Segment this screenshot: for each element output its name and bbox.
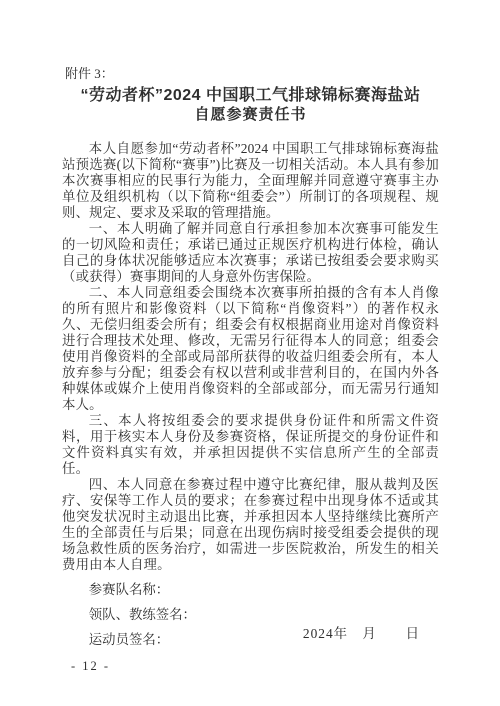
leader-coach-signature-label: 领队、教练签名：	[62, 607, 439, 623]
date-line: 2024年 月 日	[303, 626, 420, 642]
document-subtitle: 自愿参赛责任书	[62, 105, 439, 124]
paragraph-clause-3: 三、本人将按组委会的要求提供身份证件和所需文件资料，用于核实本人身份及参赛资格，…	[62, 413, 439, 477]
page-number: - 12 -	[71, 659, 110, 674]
paragraph-intro: 本人自愿参加“劳动者杯”2024 中国职工气排球锦标赛海盐站预选赛(以下简称“赛…	[62, 141, 439, 221]
team-name-field-label: 参赛队名称：	[62, 582, 439, 598]
paragraph-clause-2: 二、本人同意组委会围绕本次赛事所拍摄的含有本人肖像的所有照片和影像资料（以下简称…	[62, 285, 439, 413]
document-page: 附件 3： “劳动者杯”2024 中国职工气排球锦标赛海盐站 自愿参赛责任书 本…	[0, 0, 500, 706]
paragraph-clause-4: 四、本人同意在参赛过程中遵守比赛纪律，服从裁判及医疗、安保等工作人员的要求；在参…	[62, 477, 439, 573]
attachment-label: 附件 3：	[62, 66, 439, 82]
paragraph-clause-1: 一、本人明确了解并同意自行承担参加本次赛事可能发生的一切风险和责任；承诺已通过正…	[62, 221, 439, 285]
document-body: 本人自愿参加“劳动者杯”2024 中国职工气排球锦标赛海盐站预选赛(以下简称“赛…	[62, 141, 439, 573]
document-title: “劳动者杯”2024 中国职工气排球锦标赛海盐站	[62, 86, 439, 105]
title-block: “劳动者杯”2024 中国职工气排球锦标赛海盐站 自愿参赛责任书	[62, 86, 439, 124]
